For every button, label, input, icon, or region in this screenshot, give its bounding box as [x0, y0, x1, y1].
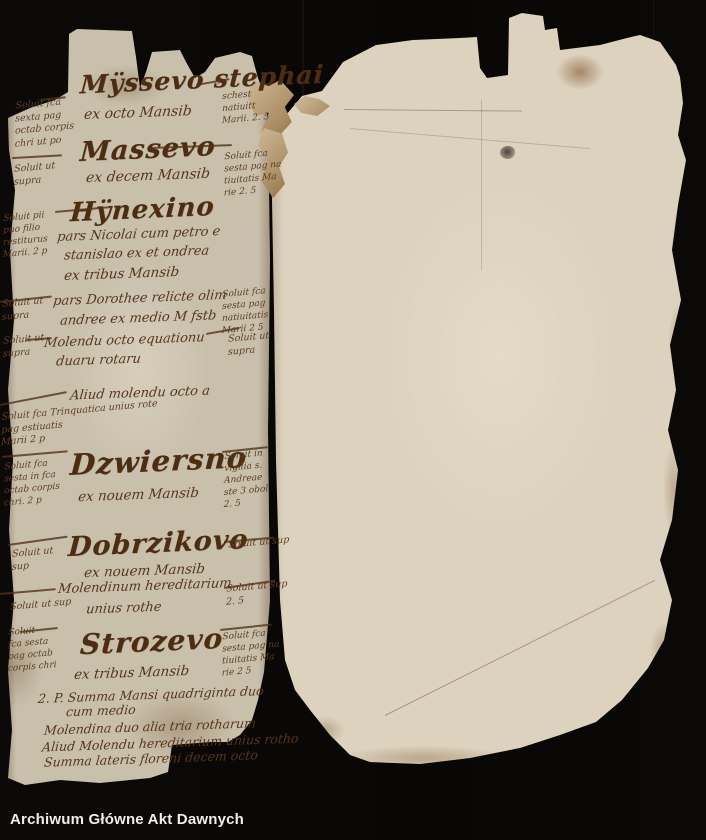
body-line: duaru rotaru [55, 351, 142, 371]
body-line: unius rothe [85, 600, 162, 620]
body-line: ex tribus Mansib [73, 663, 190, 685]
section-heading-strozevo: Strozevo [79, 621, 224, 664]
ink-stroke [12, 154, 62, 158]
section-heading-massevo: Massevo [79, 129, 217, 170]
body-line: pars Dorothee relicte olim [52, 288, 227, 311]
body-line: stanislao ex et ondrea [63, 243, 210, 265]
margin-note-right: Soluit in vigilia s. Andreae ste 3 obol … [224, 448, 269, 512]
ink-stroke [2, 450, 68, 457]
section-heading-dobrzikovo: Dobrzikovo [67, 522, 250, 565]
margin-note-left: Soluit ut supra [3, 332, 44, 361]
body-line: ex octo Mansib [83, 102, 193, 124]
margin-note-left: Soluit pii puo filio restiturus Marii. 2… [3, 210, 49, 262]
margin-note-right: Soluit fca sesta pag na tiuitatis Ma rie… [222, 627, 280, 680]
margin-note-left: Soluit fca sexta pag octab corpis chri u… [15, 95, 75, 151]
margin-note-right: Soluit fca sesta pag na tiuitatis Ma rie… [224, 147, 282, 200]
archival-scan: Mÿssevo stephai 5: ex octo Mansib Soluit… [0, 0, 706, 840]
margin-note-left: Soluit ut sup [12, 545, 53, 574]
summary-line: cum medio [65, 702, 136, 721]
section-heading-myssevo: Mÿssevo stephai [79, 59, 325, 102]
ink-stroke [0, 391, 67, 405]
body-line: ex nouem Mansib [77, 485, 200, 507]
ink-stroke [8, 536, 68, 546]
heading-note: 5: [215, 76, 224, 89]
body-line: ex tribus Mansib [63, 264, 180, 286]
margin-note-right: schest natiuitt Marii. 2. 5 [222, 88, 270, 128]
body-line: ex decem Mansib [85, 165, 211, 188]
ink-stroke [0, 588, 56, 594]
margin-note-left: Soluit ut supra [14, 160, 55, 189]
margin-note-right: Soluit ut supra [228, 330, 269, 359]
handwriting-layer: Mÿssevo stephai 5: ex octo Mansib Soluit… [0, 0, 706, 840]
margin-note-left: Soluit fca sesta in fca octab corpis chr… [4, 457, 61, 510]
body-line: Molendu octo equationu [43, 330, 205, 353]
margin-note-left: Soluit ut sup [10, 596, 71, 614]
margin-note-left: Soluit fca sesta pag octab corpis chri [8, 624, 58, 676]
body-line: andree ex medio M fstb [59, 308, 217, 330]
section-heading-dzwiersno: Dzwiersno [69, 439, 248, 485]
archive-caption: Archiwum Główne Akt Dawnych [10, 811, 244, 828]
margin-note-left: Soluit fca Trinquatica unius rote pag es… [1, 398, 158, 449]
